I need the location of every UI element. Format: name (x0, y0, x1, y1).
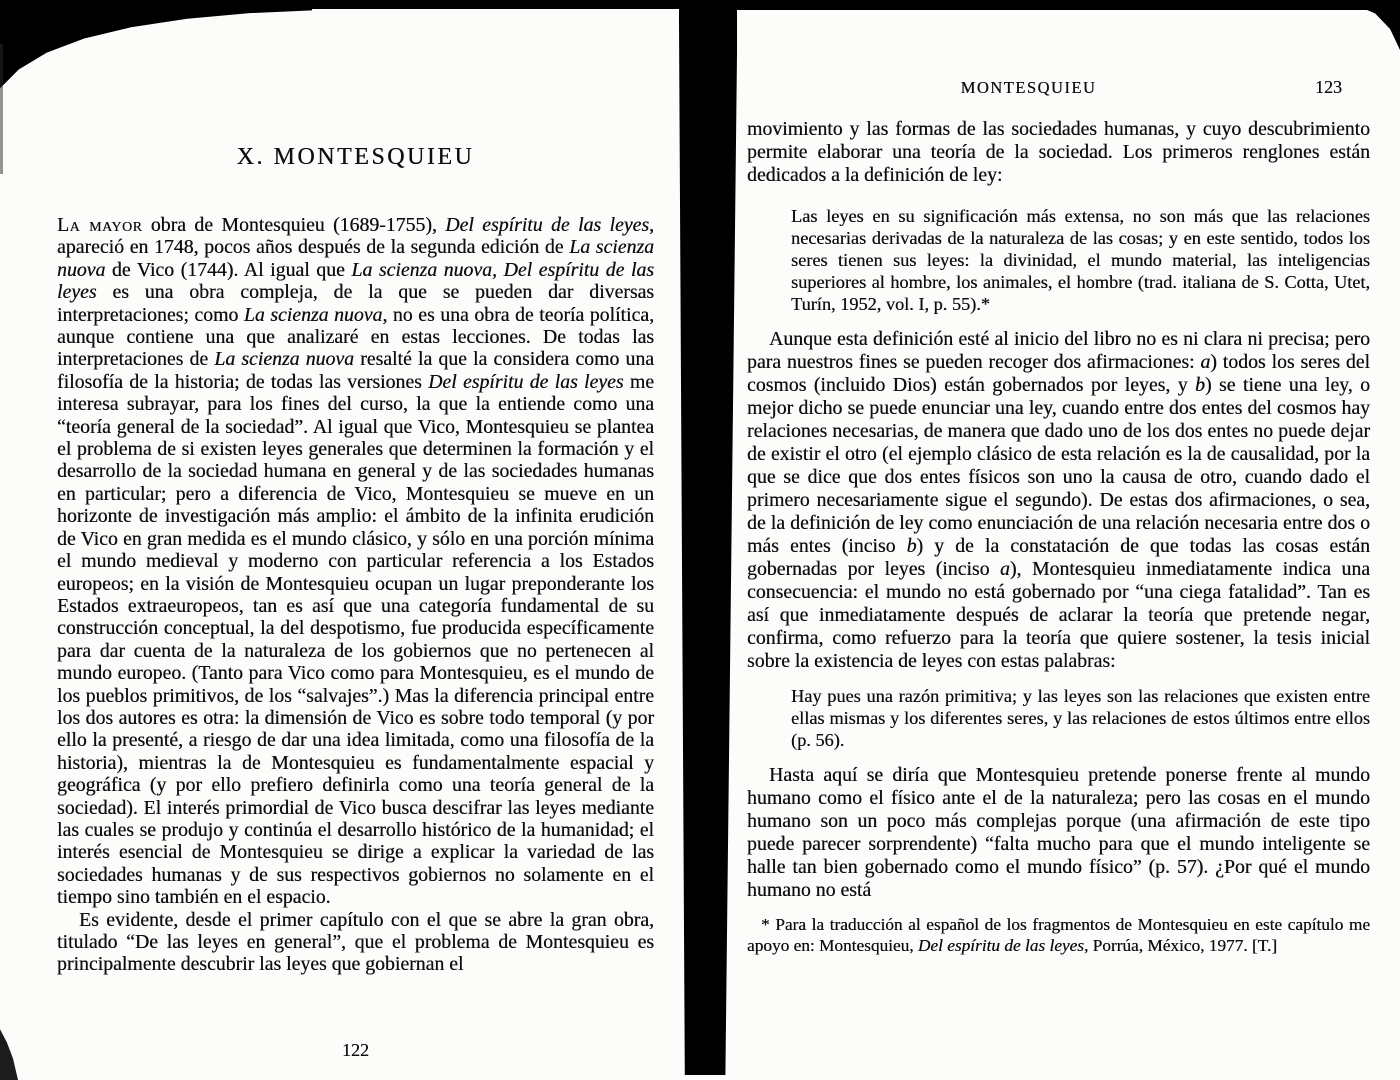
scan-border-top-right (737, 0, 1400, 10)
footnote: * Para la traducción al español de los f… (747, 914, 1370, 956)
block-quote-2: Hay pues una razón primitiva; y las leye… (791, 685, 1370, 751)
left-paragraph-2: Es evidente, desde el primer capítulo co… (57, 909, 654, 976)
right-page-number: 123 (1315, 77, 1342, 98)
block-quote-1: Las leyes en su significación más extens… (791, 205, 1370, 315)
scan-edge-left (0, 44, 3, 174)
running-header-title: MONTESQUIEU (747, 78, 1310, 98)
left-page: X. MONTESQUIEU La mayor obra de Montesqu… (57, 142, 654, 976)
scan-blot-bottom-left (0, 1026, 18, 1080)
left-page-number: 122 (57, 1040, 654, 1061)
right-paragraph-2: Aunque esta definición esté al inicio de… (747, 328, 1370, 673)
left-paragraph-1: La mayor obra de Montesquieu (1689-1755)… (57, 214, 654, 909)
gutter-shadow (679, 0, 737, 1075)
running-header: MONTESQUIEU 123 (747, 78, 1370, 100)
right-paragraph-1: movimiento y las formas de las sociedade… (747, 118, 1370, 187)
right-page: MONTESQUIEU 123 movimiento y las formas … (747, 78, 1370, 956)
book-spread: X. MONTESQUIEU La mayor obra de Montesqu… (0, 0, 1400, 1080)
page-curl-shadow (0, 0, 312, 94)
right-paragraph-3: Hasta aquí se diría que Montesquieu pret… (747, 764, 1370, 902)
chapter-title: X. MONTESQUIEU (57, 142, 654, 172)
